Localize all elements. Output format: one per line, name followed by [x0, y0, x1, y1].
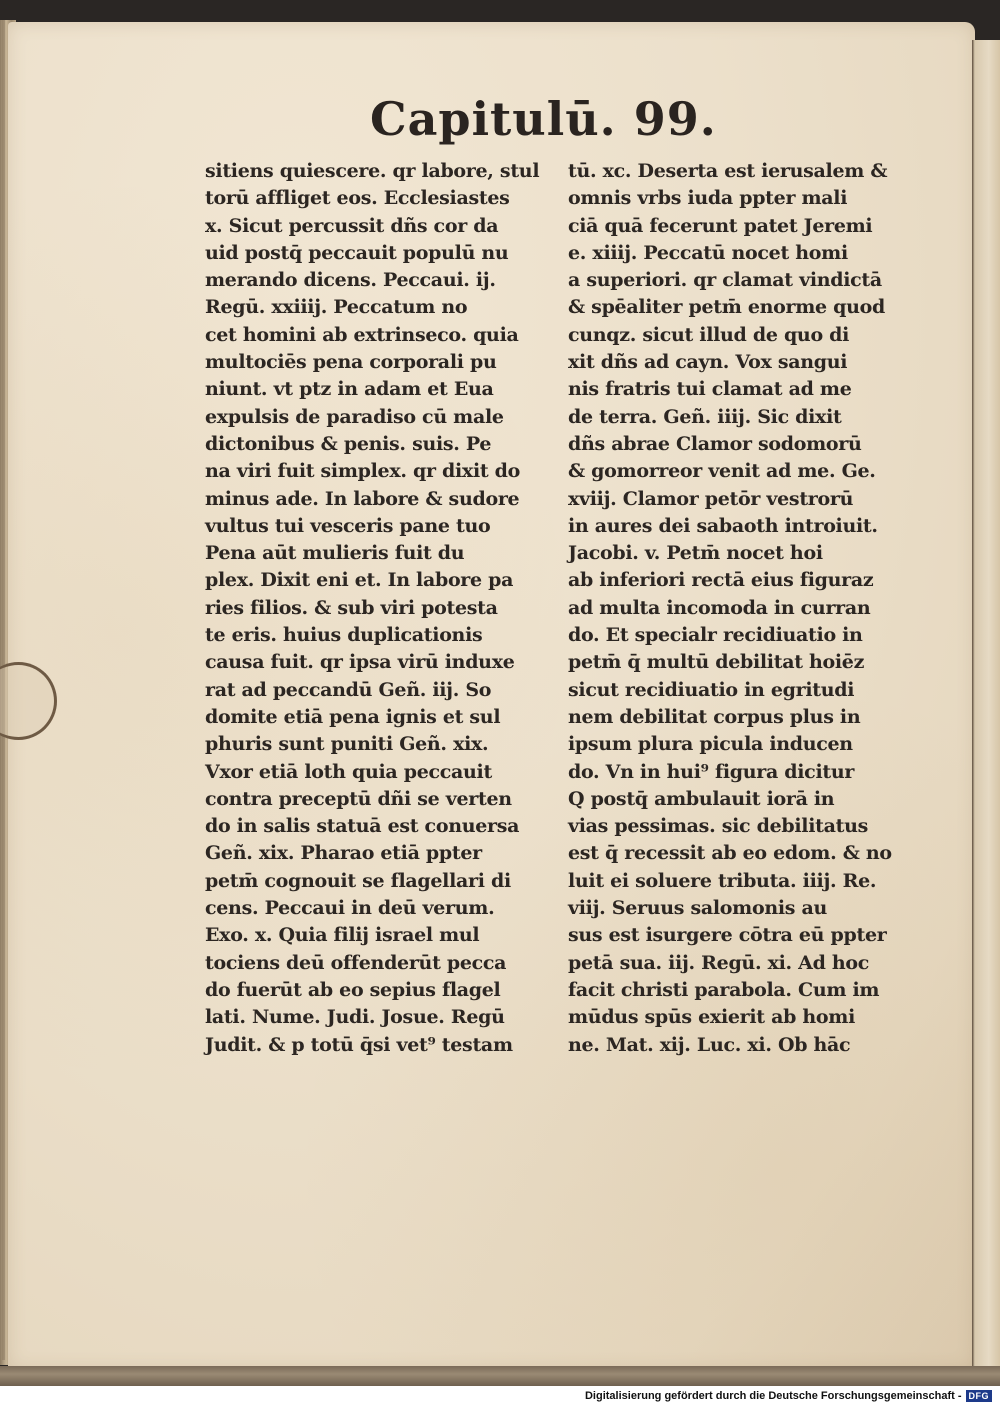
text-line: nis fratris tui clamat ad me: [568, 376, 878, 403]
text-line: Q postq̄ ambulauit iorā in: [568, 786, 878, 813]
text-line: Geñ. xix. Pharao etiā ppter: [205, 840, 540, 867]
text-line: sicut recidiuatio in egritudi: [568, 677, 878, 704]
text-line: xit dñs ad cayn. Vox sangui: [568, 349, 878, 376]
text-line: do. Et specialr recidiuatio in: [568, 622, 878, 649]
book-scan: Capitulū. 99. sitiens quiescere. qr labo…: [0, 0, 1000, 1386]
text-line: in aures dei sabaoth introiuit.: [568, 513, 878, 540]
text-line: dñs abrae Clamor sodomorū: [568, 431, 878, 458]
text-line: minus ade. In labore & sudore: [205, 486, 540, 513]
text-line: tociens deū offenderūt pecca: [205, 950, 540, 977]
text-line: na viri fuit simplex. qr dixit do: [205, 458, 540, 485]
text-line: vias pessimas. sic debilitatus: [568, 813, 878, 840]
text-line: ipsum plura picula inducen: [568, 731, 878, 758]
text-line: plex. Dixit eni et. In labore pa: [205, 567, 540, 594]
text-line: luit ei soluere tributa. iiij. Re.: [568, 868, 878, 895]
text-line: omnis vrbs iuda ppter mali: [568, 185, 878, 212]
text-line: & gomorreor venit ad me. Ge.: [568, 458, 878, 485]
text-line: ad multa incomoda in curran: [568, 595, 878, 622]
text-line: cet homini ab extrinseco. quia: [205, 322, 540, 349]
text-line: merando dicens. Peccaui. ij.: [205, 267, 540, 294]
text-line: e. xiiij. Peccatū nocet homi: [568, 240, 878, 267]
text-line: Regū. xxiiij. Peccatum no: [205, 294, 540, 321]
text-line: cens. Peccaui in deū verum.: [205, 895, 540, 922]
text-line: do. Vn in hui⁹ figura dicitur: [568, 759, 878, 786]
text-line: x. Sicut percussit dñs cor da: [205, 213, 540, 240]
text-line: rat ad peccandū Geñ. iij. So: [205, 677, 540, 704]
text-line: Vxor etiā loth quia peccauit: [205, 759, 540, 786]
text-line: xviij. Clamor petōr vestrorū: [568, 486, 878, 513]
text-line: vultus tui vesceris pane tuo: [205, 513, 540, 540]
text-line: torū affliget eos. Ecclesiastes: [205, 185, 540, 212]
text-line: causa fuit. qr ipsa virū induxe: [205, 649, 540, 676]
text-line: nem debilitat corpus plus in: [568, 704, 878, 731]
text-line: sitiens quiescere. qr labore, stul: [205, 158, 540, 185]
text-line: ciā quā fecerunt patet Jeremi: [568, 213, 878, 240]
page-edges-bottom: [0, 1366, 1000, 1386]
text-line: dictonibus & penis. suis. Pe: [205, 431, 540, 458]
text-line: a superiori. qr clamat vindictā: [568, 267, 878, 294]
text-column-right: tū. xc. Deserta est ierusalem &omnis vrb…: [568, 158, 878, 1059]
text-line: petm̄ q̄ multū debilitat hoiēz: [568, 649, 878, 676]
text-line: do in salis statuā est conuersa: [205, 813, 540, 840]
dfg-logo: DFG: [966, 1390, 993, 1402]
credit-text: Digitalisierung gefördert durch die Deut…: [585, 1390, 962, 1402]
text-line: niunt. vt ptz in adam et Eua: [205, 376, 540, 403]
text-line: petā sua. iij. Regū. xi. Ad hoc: [568, 950, 878, 977]
text-line: do fuerūt ab eo sepius flagel: [205, 977, 540, 1004]
chapter-title: Capitulū. 99.: [370, 92, 717, 146]
text-line: contra preceptū dñi se verten: [205, 786, 540, 813]
text-line: domite etiā pena ignis et sul: [205, 704, 540, 731]
text-line: mūdus spūs exierit ab homi: [568, 1004, 878, 1031]
text-line: viij. Seruus salomonis au: [568, 895, 878, 922]
text-line: est q̄ recessit ab eo edom. & no: [568, 840, 878, 867]
text-line: tū. xc. Deserta est ierusalem &: [568, 158, 878, 185]
text-line: multociēs pena corporali pu: [205, 349, 540, 376]
digitization-credit: Digitalisierung gefördert durch die Deut…: [585, 1390, 992, 1402]
text-line: expulsis de paradiso cū male: [205, 404, 540, 431]
page-edges-right: [972, 40, 1000, 1380]
text-line: te eris. huius duplicationis: [205, 622, 540, 649]
text-line: ne. Mat. xij. Luc. xi. Ob hāc: [568, 1032, 878, 1059]
text-line: ries filios. & sub viri potesta: [205, 595, 540, 622]
text-line: Jacobi. v. Petm̄ nocet hoi: [568, 540, 878, 567]
text-line: Pena aūt mulieris fuit du: [205, 540, 540, 567]
text-line: phuris sunt puniti Geñ. xix.: [205, 731, 540, 758]
text-column-left: sitiens quiescere. qr labore, stultorū a…: [205, 158, 540, 1059]
text-line: sus est isurgere cōtra eū ppter: [568, 922, 878, 949]
text-line: Exo. x. Quia filij israel mul: [205, 922, 540, 949]
text-line: de terra. Geñ. iiij. Sic dixit: [568, 404, 878, 431]
text-line: Judit. & p totū q̄si vet⁹ testam: [205, 1032, 540, 1059]
text-line: uid postq̄ peccauit populū nu: [205, 240, 540, 267]
text-line: lati. Nume. Judi. Josue. Regū: [205, 1004, 540, 1031]
text-line: cunqz. sicut illud de quo di: [568, 322, 878, 349]
text-line: facit christi parabola. Cum im: [568, 977, 878, 1004]
text-line: petm̄ cognouit se flagellari di: [205, 868, 540, 895]
text-line: ab inferiori rectā eius figuraz: [568, 567, 878, 594]
text-line: & spēaliter petm̄ enorme quod: [568, 294, 878, 321]
